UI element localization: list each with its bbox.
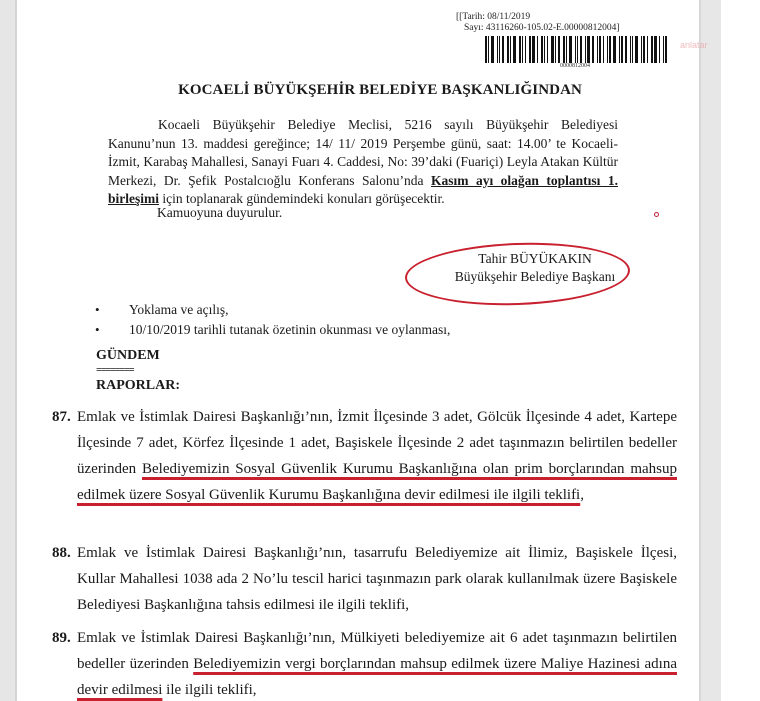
agenda-item-88: 88. Emlak ve İstimlak Dairesi Başkanlığı… <box>52 540 677 618</box>
reports-heading: RAPORLAR: <box>96 378 180 394</box>
document-stamp: [[Tarih: 08/11/2019 Sayı: 43116260-105.0… <box>456 12 620 34</box>
document-title: KOCAELİ BÜYÜKŞEHİR BELEDİYE BAŞKANLIĞIND… <box>0 82 760 99</box>
stamp-date: [[Tarih: 08/11/2019 <box>456 12 620 23</box>
signatory-name: Tahir BÜYÜKAKIN <box>430 250 640 268</box>
item-number: 88. <box>52 540 71 566</box>
barcode <box>485 36 675 63</box>
barcode-number: 0000812004 <box>560 63 590 69</box>
item-text-end: , <box>580 487 584 503</box>
left-gutter <box>0 0 17 701</box>
agenda-item-87: 87. Emlak ve İstimlak Dairesi Başkanlığı… <box>52 404 677 508</box>
announcement: Kamuoyuna duyurulur. <box>157 205 282 221</box>
scrollbar[interactable] <box>699 0 721 701</box>
item-text-end: ile ilgili teklifi, <box>162 682 256 698</box>
agenda-separator: ======== <box>96 366 134 376</box>
item-underlined-text: Belediyemizin Sosyal Güvenlik Kurumu Baş… <box>77 461 677 503</box>
signature-block: Tahir BÜYÜKAKIN Büyükşehir Belediye Başk… <box>430 250 640 286</box>
opening-bullets: Yoklama ve açılış, 10/10/2019 tarihli tu… <box>95 300 450 340</box>
signatory-role: Büyükşehir Belediye Başkanı <box>430 268 640 286</box>
item-number: 87. <box>52 404 71 430</box>
red-dot-mark <box>654 212 659 217</box>
agenda-item-89: 89. Emlak ve İstimlak Dairesi Başkanlığı… <box>52 625 677 701</box>
intro-text-end: için toplanarak gündemindeki konuları gö… <box>159 191 445 206</box>
bullet-item: 10/10/2019 tarihli tutanak özetinin okun… <box>95 320 450 340</box>
watermark: anlatar <box>680 40 708 50</box>
agenda-heading: GÜNDEM <box>96 348 160 364</box>
item-number: 89. <box>52 625 71 651</box>
stamp-number: Sayı: 43116260-105.02-E.00000812004] <box>456 23 620 34</box>
intro-paragraph: Kocaeli Büyükşehir Belediye Meclisi, 521… <box>108 116 618 209</box>
bullet-item: Yoklama ve açılış, <box>95 300 450 320</box>
item-text: Emlak ve İstimlak Dairesi Başkanlığı’nın… <box>77 545 677 613</box>
